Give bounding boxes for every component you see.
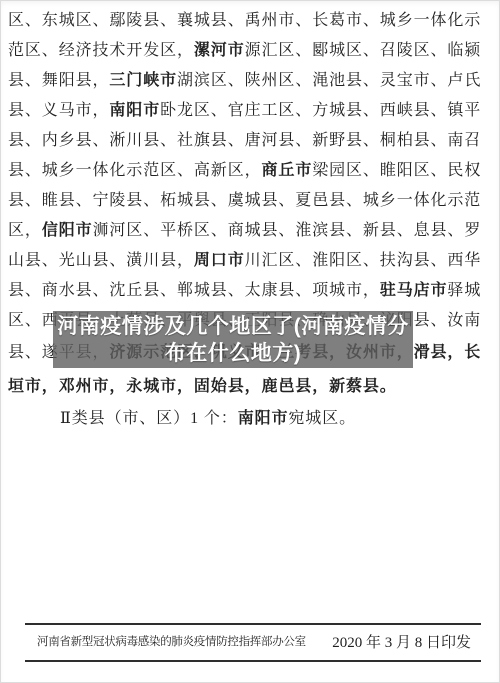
document-line: 县、睢县、宁陵县、柘城县、虞城县、夏邑县、城乡一体化示范	[8, 186, 494, 216]
footer-date: 2020 年 3 月 8 日印发	[332, 631, 471, 652]
document-line: 县、义马市，南阳市卧龙区、官庄工区、方城县、西峡县、镇平	[8, 96, 494, 126]
document-line: 区，信阳市浉河区、平桥区、商城县、淮滨县、新县、息县、罗	[8, 216, 494, 246]
document-line: 范区、经济技术开发区，漯河市源汇区、郾城区、召陵区、临颍	[8, 36, 494, 66]
footer-rule-top	[25, 623, 481, 625]
document-line: 县、商水县、沈丘县、郸城县、太康县、项城市，驻马店市驿城	[8, 276, 494, 306]
document-line: 县、舞阳县，三门峡市湖滨区、陕州区、渑池县、灵宝市、卢氏	[8, 66, 494, 96]
document-line: 垣市，邓州市，永城市，固始县，鹿邑县，新蔡县。	[8, 372, 494, 402]
title-line-2: 布在什么地方)	[165, 340, 302, 367]
title-line-1: 河南疫情涉及几个地区了(河南疫情分	[57, 313, 409, 340]
document-line: 山县、光山县、潢川县，周口市川汇区、淮阳区、扶沟县、西华	[8, 246, 494, 276]
document-body: 区、东城区、鄢陵县、襄城县、禹州市、长葛市、城乡一体化示范区、经济技术开发区，漯…	[8, 0, 494, 434]
title-banner: 河南疫情涉及几个地区了(河南疫情分 布在什么地方)	[53, 311, 413, 368]
footer-rule-bottom	[25, 660, 481, 662]
footer-issuer: 河南省新型冠状病毒感染的肺炎疫情防控指挥部办公室	[37, 633, 306, 649]
document-page: 区、东城区、鄢陵县、襄城县、禹州市、长葛市、城乡一体化示范区、经济技术开发区，漯…	[0, 0, 500, 683]
document-line: Ⅱ类县（市、区）1 个：南阳市宛城区。	[8, 404, 494, 434]
document-line: 县、城乡一体化示范区、高新区，商丘市梁园区、睢阳区、民权	[8, 156, 494, 186]
document-line: 区、东城区、鄢陵县、襄城县、禹州市、长葛市、城乡一体化示	[8, 6, 494, 36]
document-line: 县、内乡县、淅川县、社旗县、唐河县、新野县、桐柏县、南召	[8, 126, 494, 156]
